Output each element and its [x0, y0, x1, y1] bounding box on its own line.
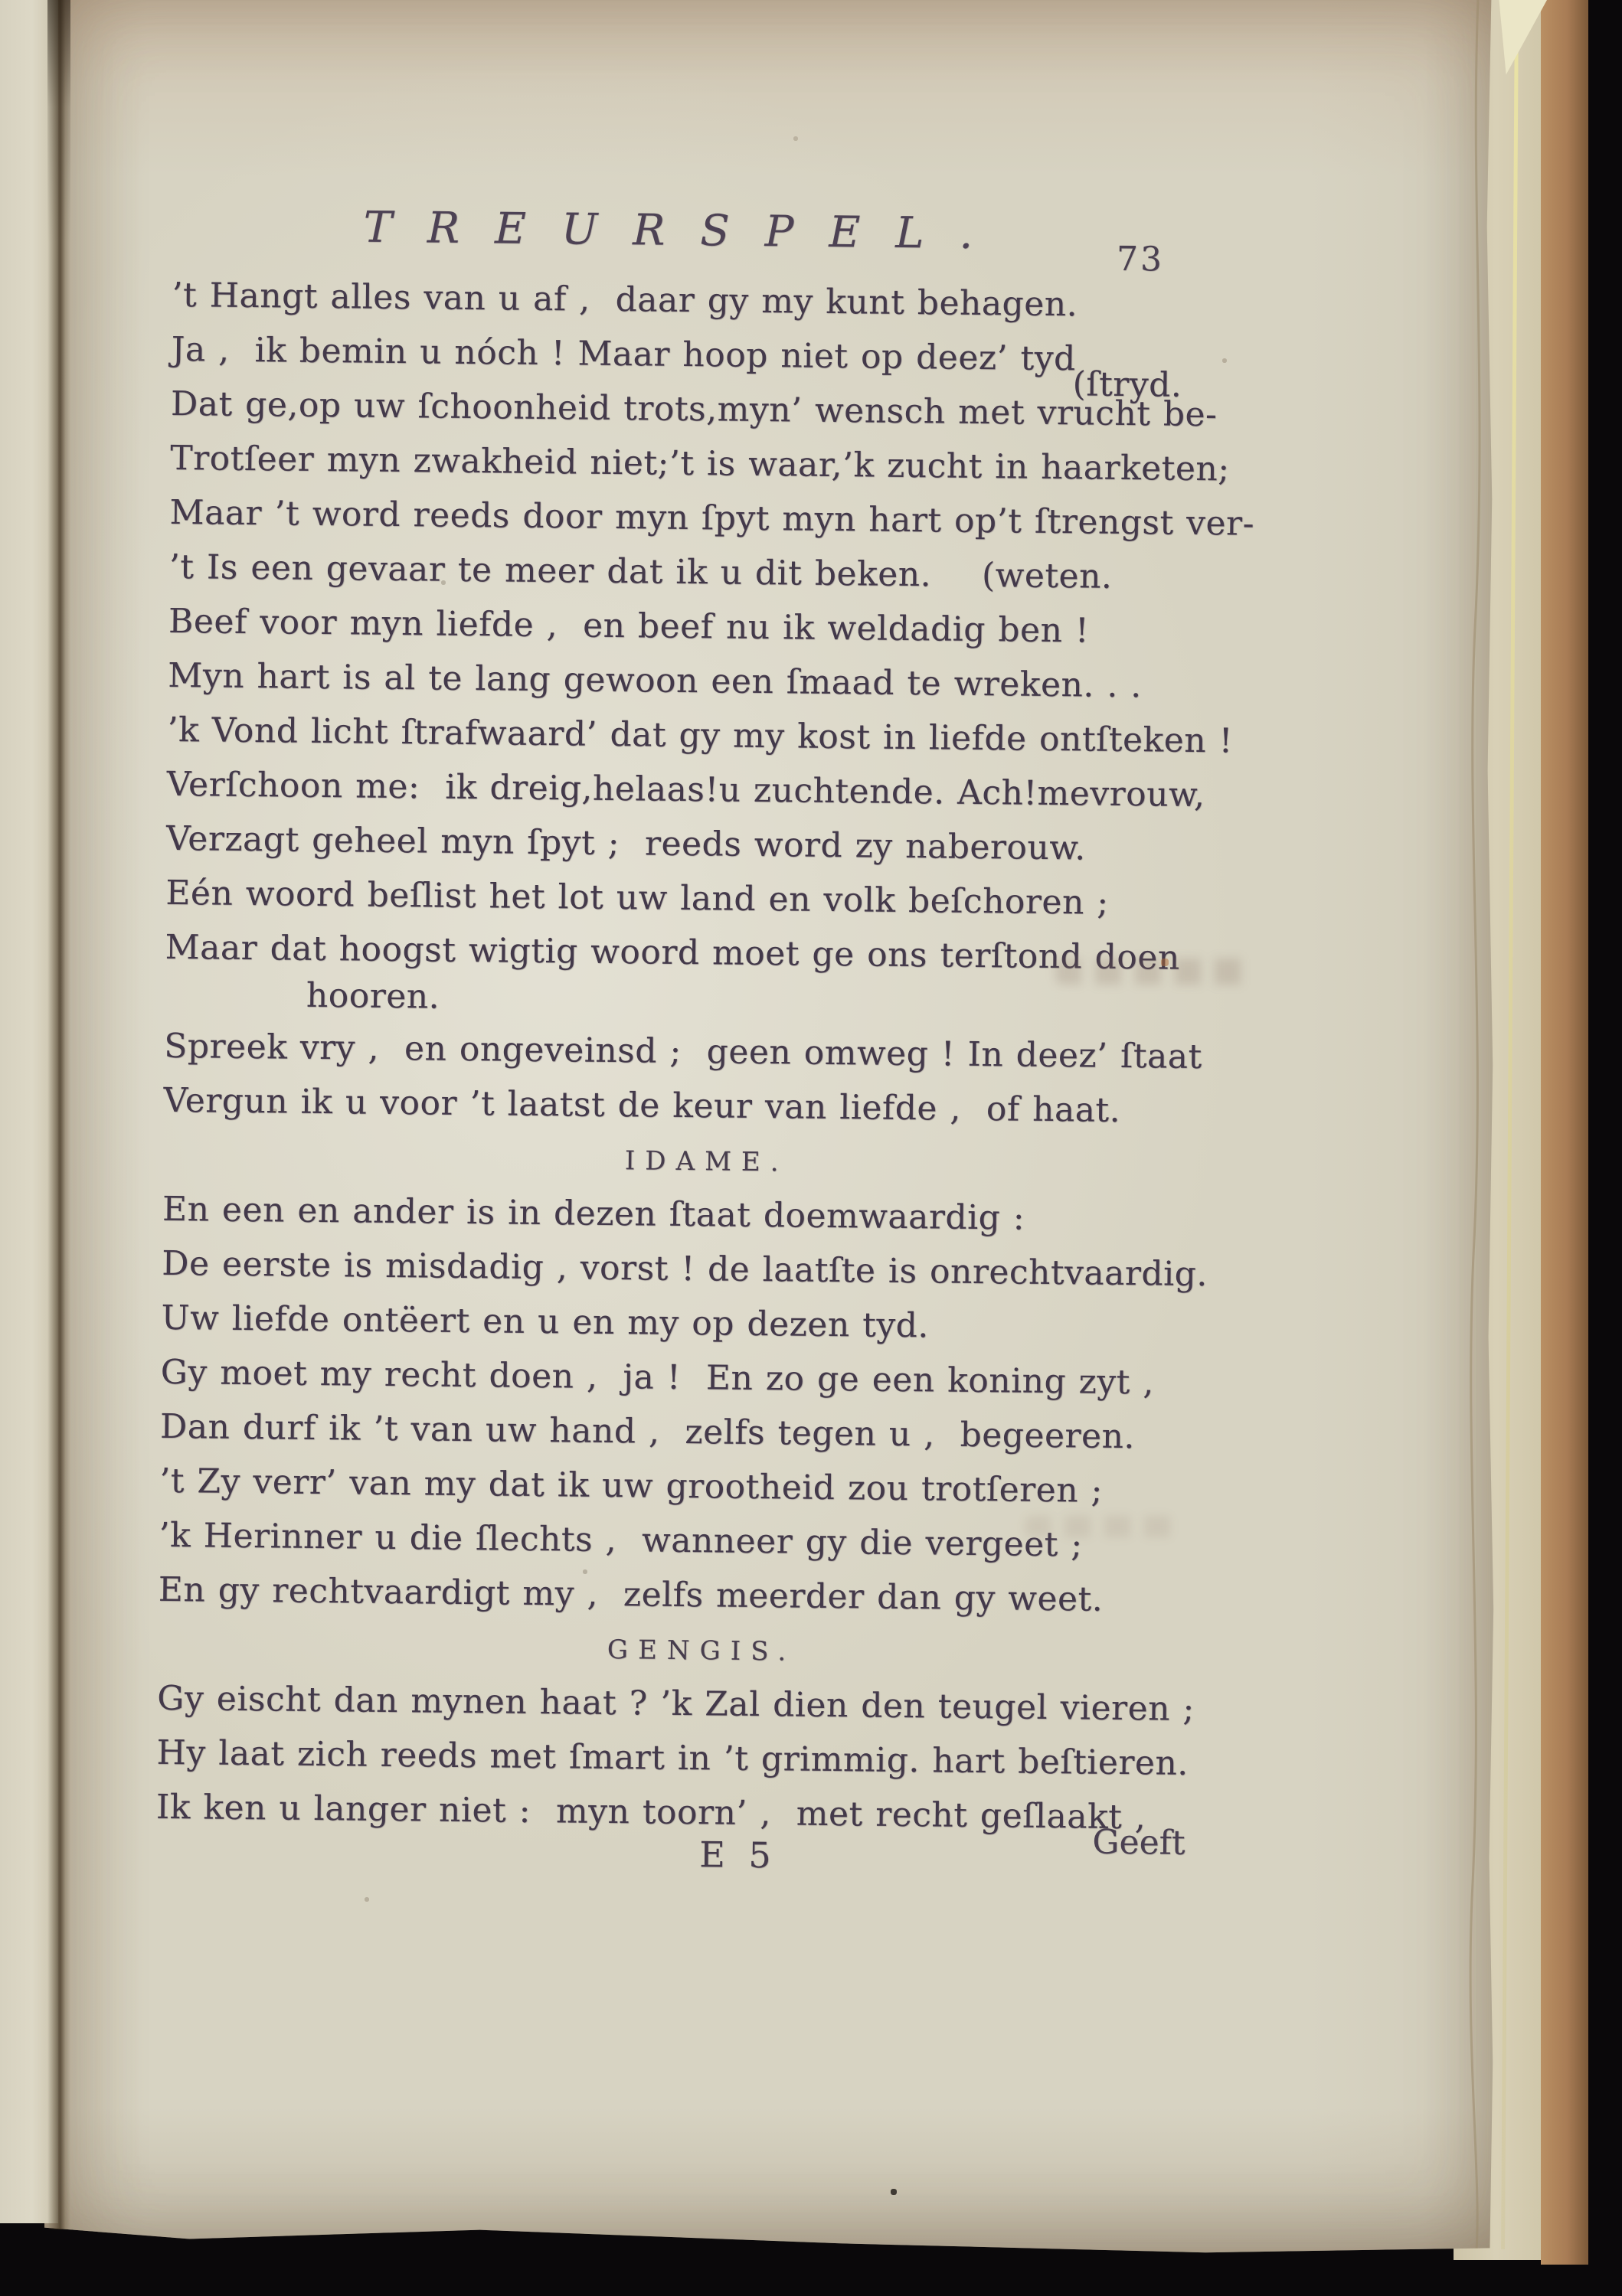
catchword: Geeft [1092, 1823, 1185, 1863]
running-title: TREURSPEL. [172, 201, 1199, 261]
book-page: TREURSPEL. 73 ’t Hangt alles van u af , … [44, 0, 1496, 2266]
book-fore-edge [1541, 0, 1588, 2265]
scan-background: { "document": { "kind": "scanned-book-pa… [0, 0, 1622, 2296]
ink-bleedthrough-smudge [1055, 959, 1247, 985]
verse-lines: ’t Hangt alles van u af , daar gy my kun… [155, 268, 1259, 1846]
verse-line: Vergun ik u voor ’t laatst de keur van l… [163, 1073, 1251, 1139]
page-content: TREURSPEL. 73 ’t Hangt alles van u af , … [24, 0, 1499, 2280]
gutter-shadow [47, 0, 70, 2229]
ink-bleedthrough-smudge [1025, 1516, 1178, 1537]
verse-line: En gy rechtvaardigt my , zelfs meerder d… [158, 1563, 1246, 1628]
signature-mark: E 5 [699, 1834, 777, 1876]
page-number: 73 [1117, 240, 1165, 279]
